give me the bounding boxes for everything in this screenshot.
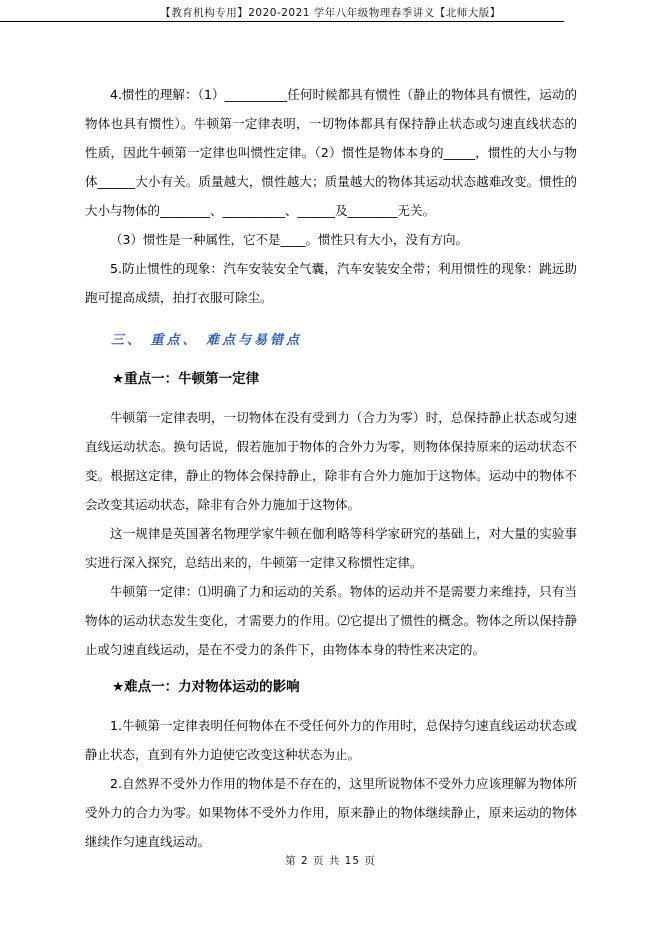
paragraph-law-history: 这一规律是英国著名物理学家牛顿在伽利略等科学家研究的基础上，对大量的实验事实进行…	[85, 519, 577, 577]
subsection-heading-keypoint-1: ★重点一：牛顿第一定律	[85, 365, 577, 394]
paragraph-force-effect-2: 2.自然界不受外力作用的物体是不存在的，这里所说物体不受外力应该理解为物体所受外…	[85, 769, 577, 856]
document-page: 【教育机构专用】2020-2021 学年八年级物理春季讲义【北师大版】 4.惯性…	[0, 0, 661, 935]
page-number: 第 2 页 共 15 页	[285, 855, 376, 867]
page-header: 【教育机构专用】2020-2021 学年八年级物理春季讲义【北师大版】	[0, 5, 661, 20]
header-divider	[0, 21, 564, 22]
section-heading-keypoints: 三、 重点、 难点与易错点	[85, 326, 577, 355]
paragraph-force-effect-1: 1.牛顿第一定律表明任何物体在不受任何外力的作用时，总保持匀速直线运动状态或静止…	[85, 711, 577, 769]
paragraph-inertia-phenomena: 5.防止惯性的现象：汽车安装安全气囊，汽车安装安全带；利用惯性的现象：跳远助跑可…	[85, 254, 577, 312]
page-footer: 第 2 页 共 15 页	[0, 853, 661, 868]
paragraph-inertia-understanding: 4.惯性的理解：（1）__________任何时候都具有惯性（静止的物体具有惯性…	[85, 80, 577, 225]
document-body: 4.惯性的理解：（1）__________任何时候都具有惯性（静止的物体具有惯性…	[85, 80, 577, 856]
subsection-heading-difficulty-1: ★难点一：力对物体运动的影响	[85, 673, 577, 702]
paragraph-inertia-attribute: （3）惯性是一种属性，它不是____。惯性只有大小，没有方向。	[85, 225, 577, 254]
paragraph-newton-first-law: 牛顿第一定律表明，一切物体在没有受到力（合力为零）时，总保持静止状态或匀速直线运…	[85, 403, 577, 519]
paragraph-law-meaning: 牛顿第一定律：⑴明确了力和运动的关系。物体的运动并不是需要力来维持，只有当物体的…	[85, 577, 577, 664]
header-title: 【教育机构专用】2020-2021 学年八年级物理春季讲义【北师大版】	[160, 7, 501, 19]
